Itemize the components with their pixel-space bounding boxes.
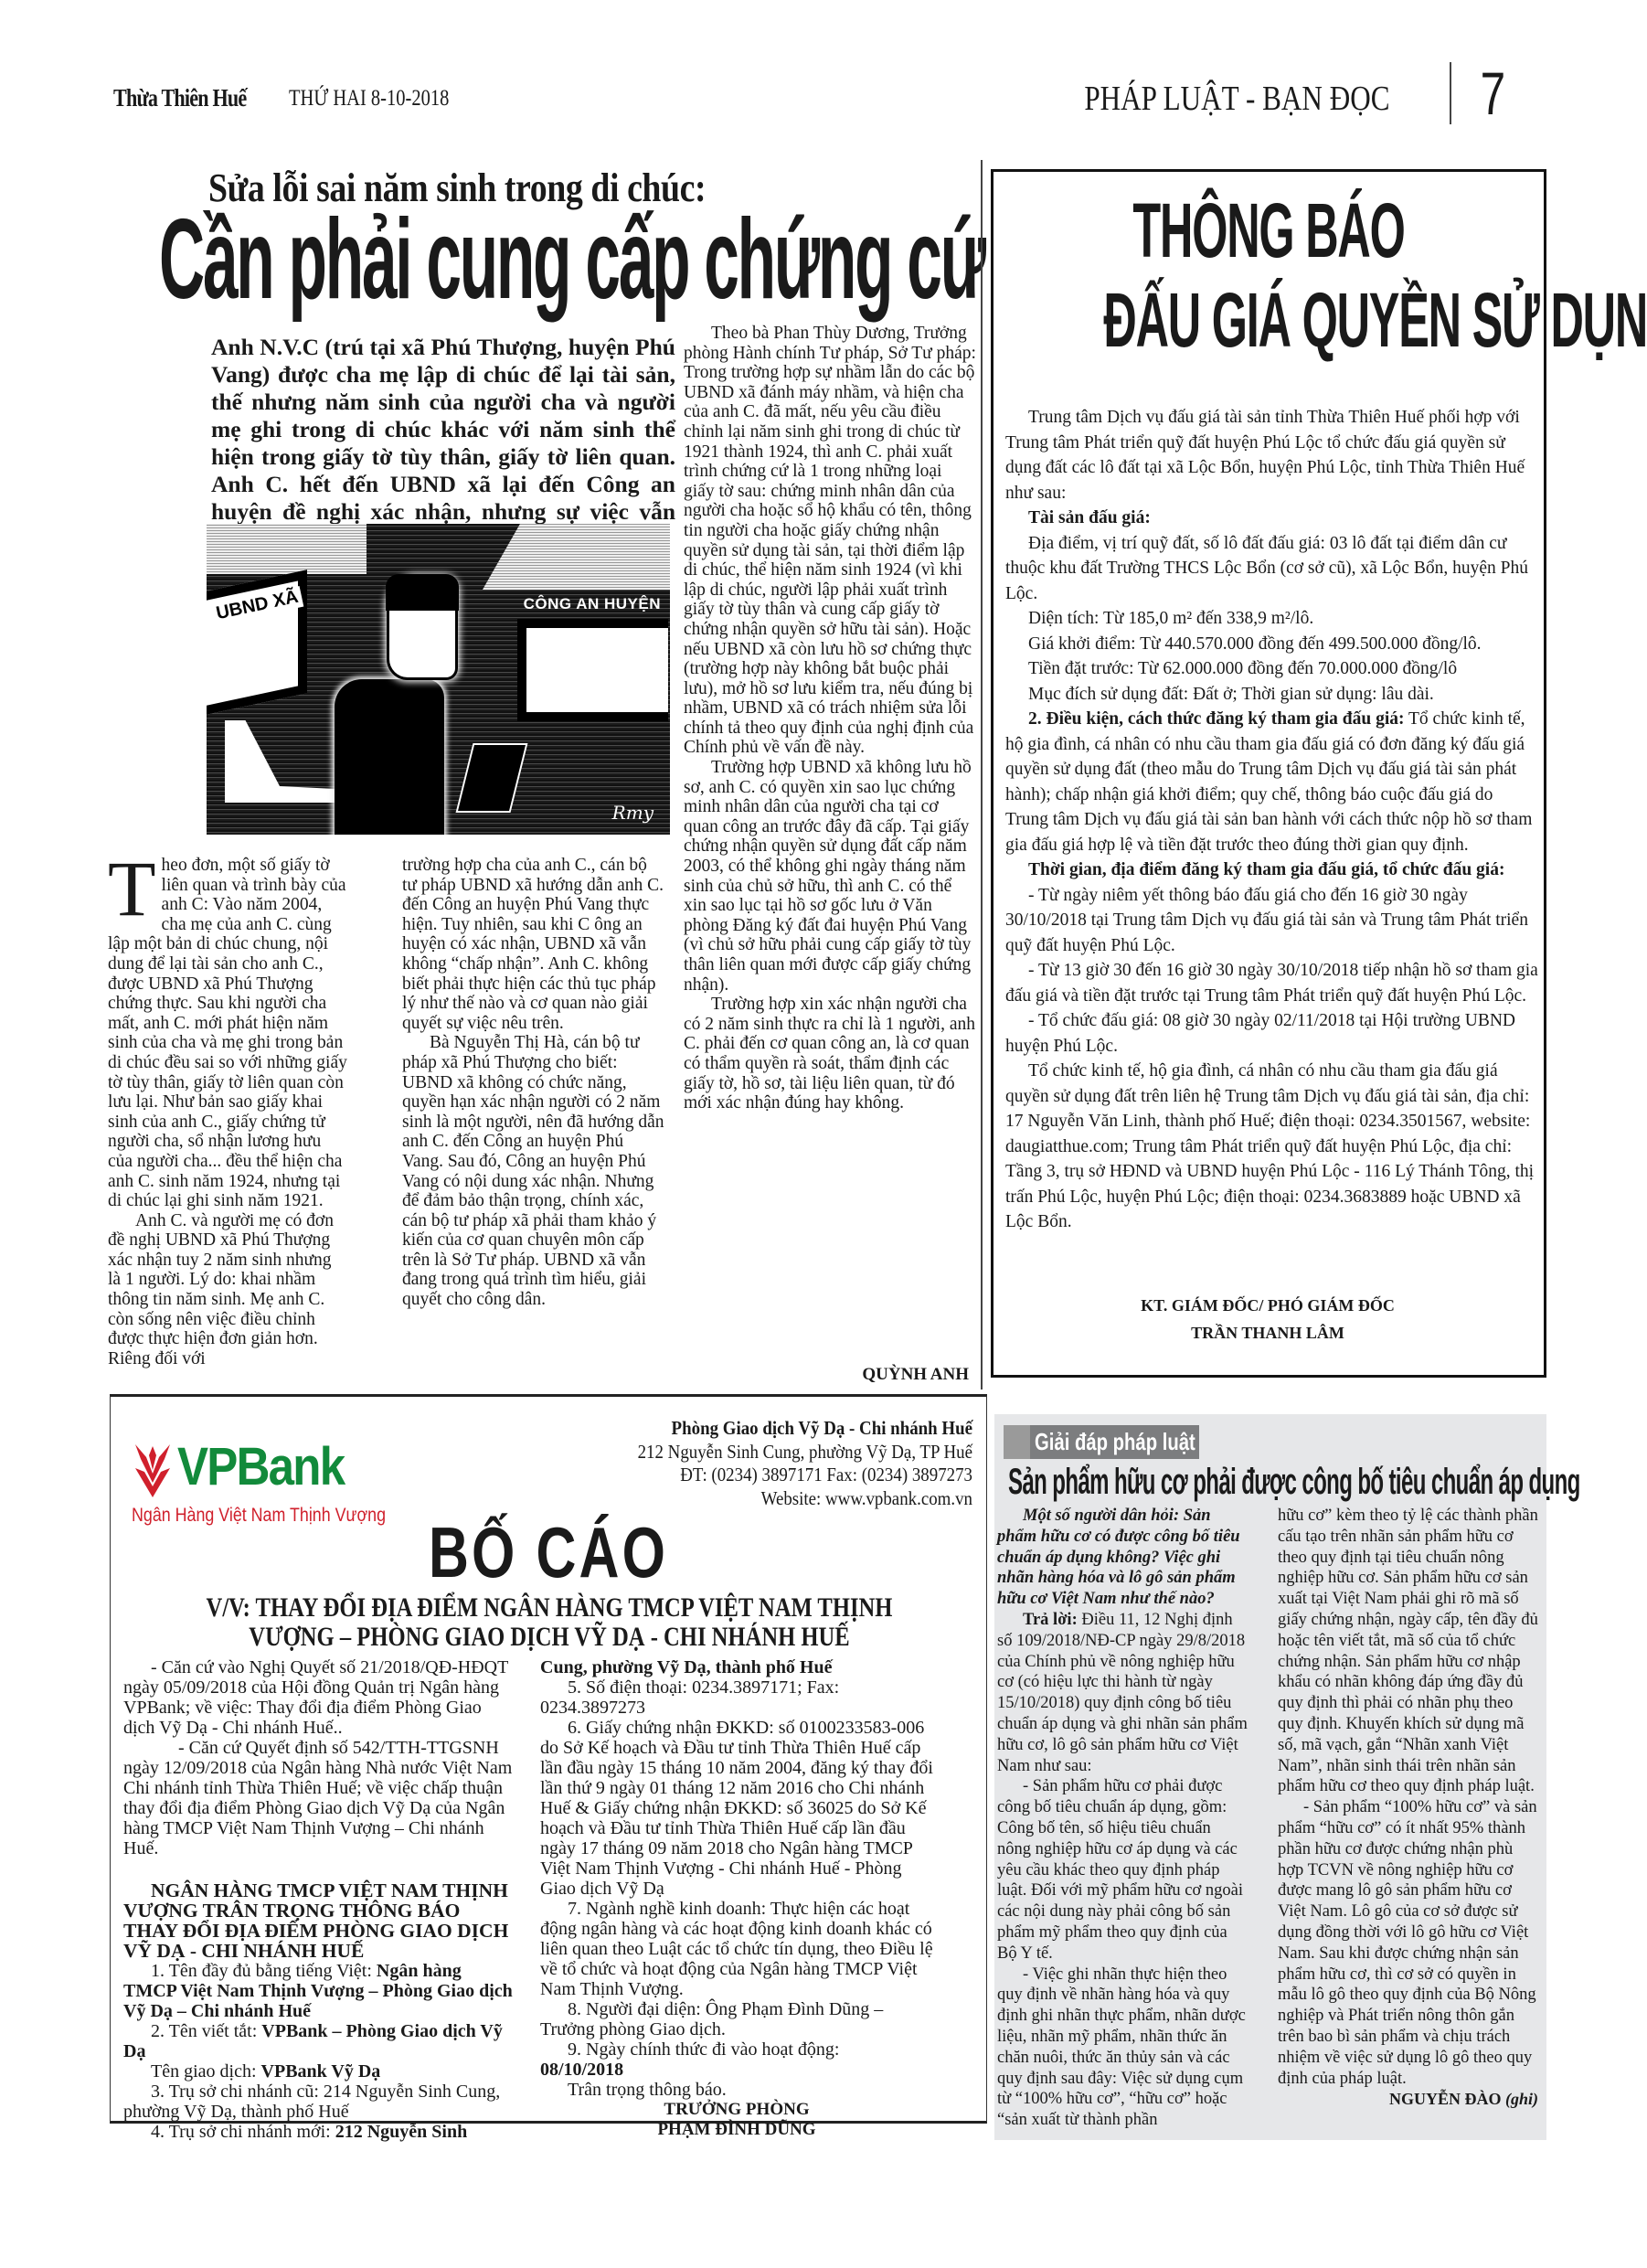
legal-qa-box: Giải đáp pháp luật Sản phẩm hữu cơ phải … (994, 1414, 1546, 2140)
qa-headline: Sản phẩm hữu cơ phải được công bố tiêu c… (994, 1462, 1325, 1503)
website-link[interactable]: Website: www.vpbank.com.vn (545, 1487, 972, 1511)
ad-signer-title: TRƯỞNG PHÒNG (540, 2100, 933, 2120)
column-rule (981, 160, 983, 1390)
article-column-3: Theo bà Phan Thùy Dương, Trưởng phòng Hà… (684, 324, 976, 1113)
ad-signer-name: PHẠM ĐÌNH DŨNG (540, 2120, 933, 2140)
sign-district-police: CÔNG AN HUYỆN (524, 595, 661, 613)
article-lede: Anh N.V.C (trú tại xã Phú Thượng, huyện … (211, 334, 675, 553)
vpbank-lotus-icon (132, 1443, 174, 1499)
announcement-subtitle: V/V: THAY ĐỔI ĐỊA ĐIỂM NGÂN HÀNG TMCP VI… (197, 1593, 902, 1652)
qa-byline: NGUYỄN ĐÀO (ghi) (1278, 2089, 1538, 2110)
qa-question: Một số người dân hỏi: Sản phẩm hữu cơ có… (997, 1507, 1240, 1608)
announcement-column-2: Cung, phường Vỹ Dạ, thành phố Huế 5. Số … (540, 1657, 933, 2140)
qa-column-1: Một số người dân hỏi: Sản phẩm hữu cơ có… (997, 1506, 1249, 2131)
drop-cap: T (108, 857, 156, 920)
artist-signature: Rmy (612, 802, 653, 824)
issue-date: THỨ HAI 8-10-2018 (289, 86, 449, 112)
schedule-item: - Từ ngày niêm yết thông báo đấu giá cho… (1005, 883, 1539, 959)
page-masthead: Thừa Thiên Huế THỨ HAI 8-10-2018 PHÁP LU… (110, 73, 1554, 128)
article-column-1: Theo đơn, một số giấy tờ liên quan và tr… (108, 856, 347, 1368)
vpbank-wordmark: VPBank (177, 1441, 344, 1494)
article-column-2: trường hợp cha của anh C., cán bộ tư phá… (402, 856, 665, 1310)
notice-signer-title: KT. GIÁM ĐỐC/ PHÓ GIÁM ĐỐC (1076, 1296, 1460, 1315)
schedule-item: - Tổ chức đấu giá: 08 giờ 30 ngày 02/11/… (1005, 1008, 1539, 1059)
auction-notice-box: THÔNG BÁO ĐẤU GIÁ QUYỀN SỬ DỤNG ĐẤT Trun… (991, 169, 1546, 1378)
office-window-right (517, 619, 668, 721)
notice-subtitle: ĐẤU GIÁ QUYỀN SỬ DỤNG ĐẤT (1103, 282, 1433, 358)
page-number: 7 (1481, 59, 1506, 128)
schedule-item: - Từ 13 giờ 30 đến 16 giờ 30 ngày 30/10/… (1005, 958, 1539, 1008)
article-illustration: UBND XÃ CÔNG AN HUYỆN Rmy (207, 524, 670, 835)
notice-body: Trung tâm Dịch vụ đấu giá tài sản tỉnh T… (1005, 405, 1539, 1235)
masthead-divider (1450, 62, 1451, 124)
announcement-title: BỐ CÁO (207, 1511, 889, 1594)
vpbank-announcement: VPBank Ngân Hàng Việt Nam Thịnh Vượng Ph… (110, 1394, 987, 2124)
announcement-column-1: - Căn cứ vào Nghị Quyết số 21/2018/QĐ-HĐ… (123, 1657, 516, 2142)
man-silhouette-icon (335, 679, 444, 835)
article-byline: QUỲNH ANH (795, 1365, 969, 1385)
notice-title: THÔNG BÁO (1103, 192, 1433, 269)
notice-signer-name: TRẦN THANH LÂM (1076, 1324, 1460, 1343)
qa-section-tag: Giải đáp pháp luật (1004, 1425, 1199, 1459)
vpbank-logo: VPBank Ngân Hàng Việt Nam Thịnh Vượng (124, 1424, 261, 1516)
branch-contact: Phòng Giao dịch Vỹ Dạ - Chi nhánh Huế 21… (545, 1417, 972, 1510)
qa-column-2: hữu cơ” kèm theo tỷ lệ các thành phần cấ… (1278, 1506, 1538, 2110)
section-title: PHÁP LUẬT - BẠN ĐỌC (1084, 79, 1389, 119)
newspaper-name: Thừa Thiên Huế (113, 84, 246, 112)
article-headline: Cần phải cung cấp chứng cứ (159, 203, 620, 316)
